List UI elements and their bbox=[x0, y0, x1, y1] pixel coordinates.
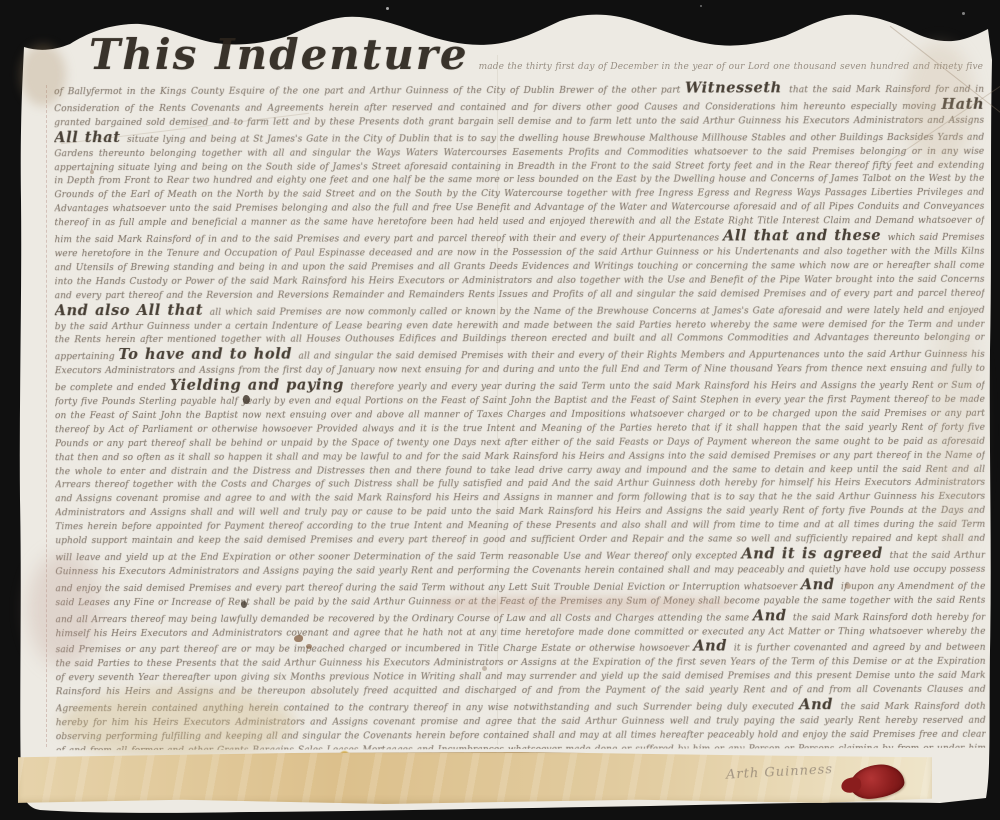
emphasis-word: All that and these bbox=[723, 227, 888, 244]
emphasis-word: And bbox=[753, 607, 793, 624]
script-segment: granted bargained sold demised and to fa… bbox=[54, 116, 984, 128]
photo-backdrop: This Indenture made the thirty first day… bbox=[0, 0, 1000, 820]
script-segment: therefore yearly and every year during t… bbox=[55, 381, 985, 563]
margin-stitch-line bbox=[46, 85, 47, 747]
emphasis-word: All that bbox=[54, 129, 127, 146]
deed-content: This Indenture made the thirty first day… bbox=[0, 0, 1000, 820]
heading-date-text: made the thirty first day of December in… bbox=[479, 62, 983, 72]
emphasis-word: Yielding and paying bbox=[170, 377, 351, 394]
deed-heading: This Indenture made the thirty first day… bbox=[55, 30, 987, 80]
emphasis-word: And also All that bbox=[55, 301, 210, 318]
emphasis-word: And bbox=[799, 696, 840, 713]
emphasis-word: And it is agreed bbox=[741, 545, 889, 562]
emphasis-word: And bbox=[693, 638, 734, 655]
deed-body-script: of Ballyfermot in the Kings County Esqui… bbox=[54, 81, 986, 750]
script-segment: of Ballyfermot in the Kings County Esqui… bbox=[54, 86, 685, 98]
emphasis-word: Hath bbox=[941, 96, 984, 113]
heading-this-indenture: This Indenture bbox=[55, 30, 469, 79]
emphasis-word: And bbox=[801, 576, 841, 593]
emphasis-word: To have and to hold bbox=[118, 346, 298, 363]
emphasis-word: Witnesseth bbox=[685, 81, 789, 97]
